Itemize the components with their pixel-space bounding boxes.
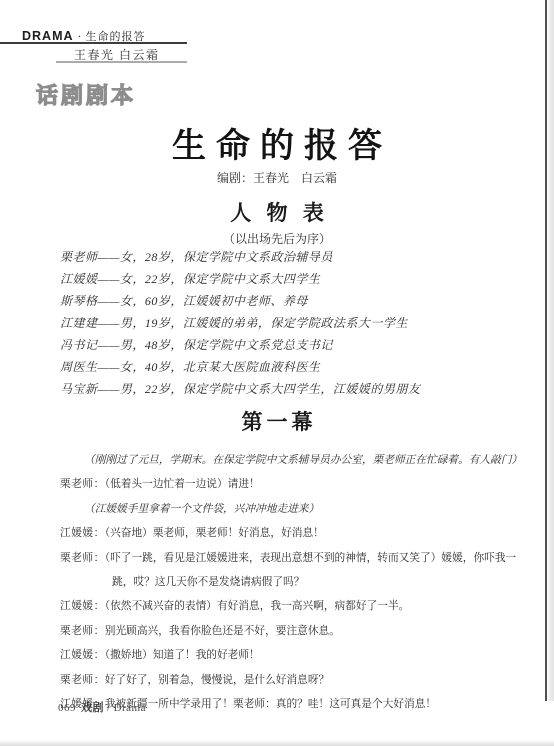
- speaker-name: 江媛媛：: [60, 600, 105, 612]
- byline: 编剧：王春光 白云霜: [0, 169, 554, 186]
- speaker-name: 栗老师：: [60, 478, 105, 490]
- play-title: 生命的报答: [0, 118, 554, 167]
- speaker-name: 江媛媛：: [60, 649, 105, 661]
- header-rule-light: [56, 61, 187, 63]
- cast-member: 马宝新——男，22岁，保定学院中文系大四学生，江媛媛的男朋友: [60, 378, 520, 400]
- act-heading: 第一幕: [0, 406, 554, 436]
- cast-list: 栗老师——女，28岁，保定学院中文系政治辅导员江媛媛——女，22岁，保定学院中文…: [60, 246, 520, 400]
- header-rule-dark: [0, 42, 187, 44]
- speaker-name: 栗老师：: [60, 552, 105, 564]
- cast-member: 江媛媛——女，22岁，保定学院中文系大四学生: [60, 268, 520, 290]
- stage-direction: （刚刚过了元旦，学期末。在保定学院中文系辅导员办公室，栗老师正在忙碌着。有人敲门…: [60, 448, 525, 472]
- header-section-en: DRAMA: [22, 29, 74, 43]
- footer-separator: /: [107, 702, 111, 714]
- cast-member: 斯琴格——女，60岁，江媛媛初中老师、养母: [60, 290, 520, 312]
- stage-direction: （江媛媛手里拿着一个文件袋，兴冲冲地走进来）: [60, 497, 525, 521]
- speaker-name: 栗老师：: [60, 625, 105, 637]
- cast-member: 周医生——女，40岁，北京某大医院血液科医生: [60, 356, 520, 378]
- genre-stamp: 话剧剧本: [36, 79, 136, 110]
- dialogue-line: 栗老师：别光顾高兴，我看你脸色还是不好，要注意休息。: [60, 619, 525, 643]
- scan-edge-right: [545, 0, 554, 701]
- scan-edge-bottom: [0, 740, 554, 746]
- scanned-page: DRAMA·生命的报答 王春光 白云霜 话剧剧本 生命的报答 编剧：王春光 白云…: [0, 0, 554, 746]
- cast-member: 江建建——男，19岁，江媛媛的弟弟，保定学院政法系大一学生: [60, 312, 520, 334]
- script-body: （刚刚过了元旦，学期末。在保定学院中文系辅导员办公室，栗老师正在忙碌着。有人敲门…: [60, 448, 525, 716]
- dialogue-line: 栗老师：好了好了，别着急，慢慢说，是什么好消息呀？: [60, 668, 525, 692]
- page-footer: 069戏剧/Drama: [58, 699, 146, 715]
- footer-section-cn: 戏剧: [81, 702, 104, 714]
- footer-section-en: Drama: [114, 702, 146, 714]
- footer-page-number: 069: [58, 702, 76, 714]
- dialogue-line: 江媛媛：（兴奋地）栗老师，栗老师！好消息，好消息！: [60, 521, 525, 545]
- cast-member: 栗老师——女，28岁，保定学院中文系政治辅导员: [60, 246, 520, 268]
- dialogue-line: 江媛媛：（撒娇地）知道了！我的好老师！: [60, 643, 525, 667]
- header-separator-dot: ·: [78, 29, 82, 43]
- dialogue-line: 江媛媛：（依然不减兴奋的表情）有好消息，我一高兴啊，病都好了一半。: [60, 594, 525, 618]
- dialogue-line: 栗老师：（吓了一跳，看见是江媛媛进来，表现出意想不到的神情，转而又笑了）媛媛，你…: [60, 546, 525, 595]
- dialogue-line: 栗老师：（低着头一边忙着一边说）请进！: [60, 472, 525, 496]
- speaker-name: 江媛媛：: [60, 527, 105, 539]
- cast-heading: 人 物 表: [0, 197, 554, 227]
- cast-member: 冯书记——男，48岁，保定学院中文系党总支书记: [60, 334, 520, 356]
- speaker-name: 栗老师：: [60, 674, 105, 686]
- cast-note: （以出场先后为序）: [0, 230, 554, 247]
